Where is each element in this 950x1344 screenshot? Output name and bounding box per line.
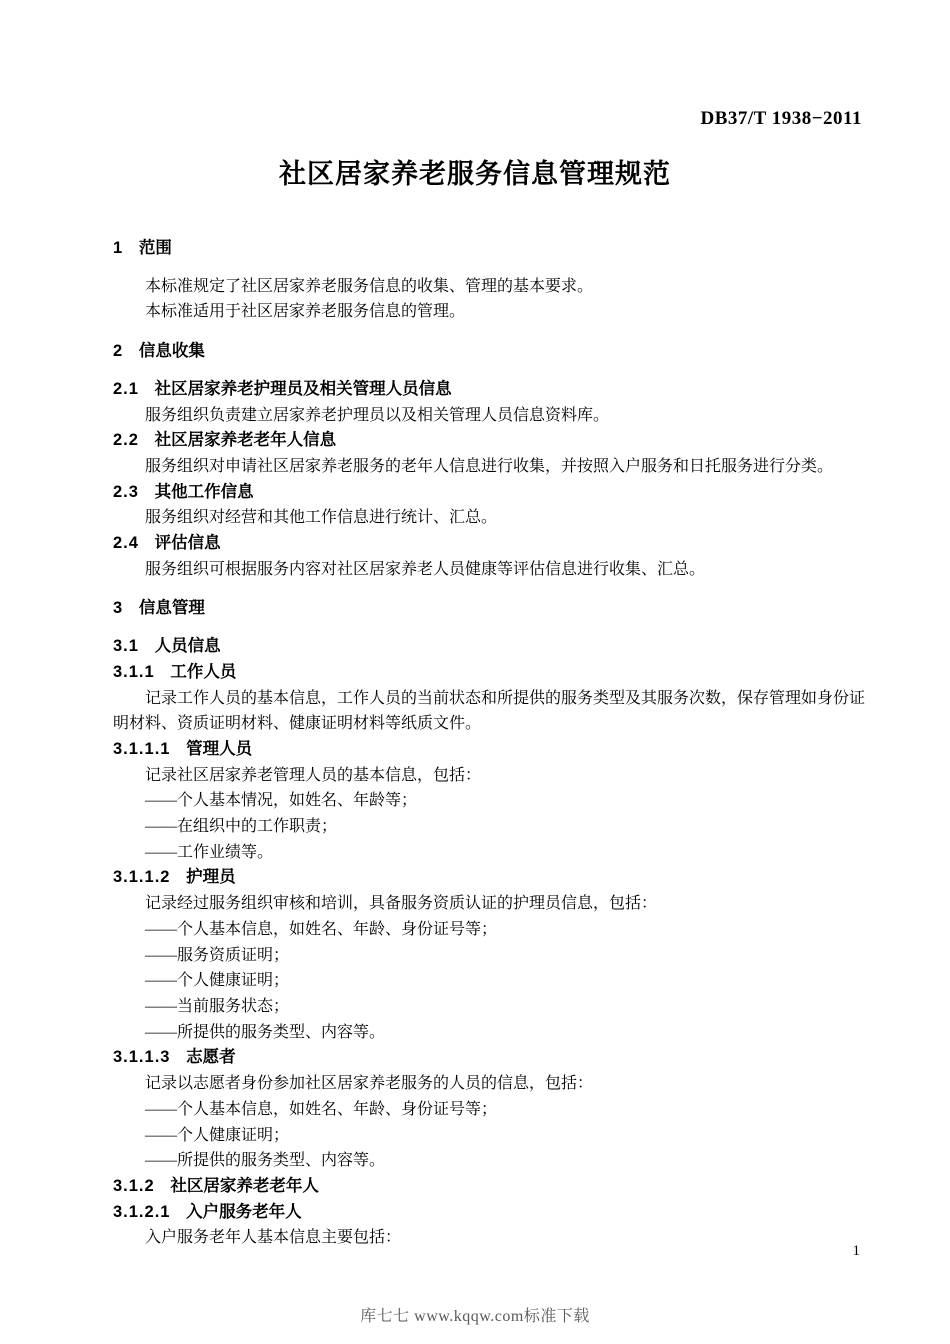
page-number: 1 <box>853 1243 861 1260</box>
section-number: 2.1 <box>113 377 139 403</box>
section-heading-label: 管理人员 <box>186 740 252 758</box>
dash-list-item: ——个人健康证明； <box>113 968 865 994</box>
section-number: 3.1.1.1 <box>113 737 170 763</box>
subsection-heading: 3.1.1工作人员 <box>113 660 865 686</box>
dash-list-item: ——所提供的服务类型、内容等。 <box>113 1020 865 1046</box>
subsection-heading: 3.1.2.1入户服务老年人 <box>113 1200 865 1226</box>
section-heading: 1范围 <box>113 236 865 262</box>
section-number: 3 <box>113 596 123 622</box>
subsection-heading: 2.4评估信息 <box>113 531 865 557</box>
section-number: 2 <box>113 339 123 365</box>
section-heading-label: 入户服务老年人 <box>186 1203 302 1221</box>
document-page: DB37/T 1938−2011 社区居家养老服务信息管理规范 1范围本标准规定… <box>0 0 950 1344</box>
section-number: 3.1.2.1 <box>113 1200 170 1226</box>
section-number: 2.3 <box>113 480 139 506</box>
paragraph: 入户服务老年人基本信息主要包括： <box>113 1225 865 1251</box>
subsection-heading: 3.1.2社区居家养老老年人 <box>113 1174 865 1200</box>
paragraph: 本标准适用于社区居家养老服务信息的管理。 <box>113 299 865 325</box>
section-heading-label: 评估信息 <box>155 534 221 552</box>
section-number: 3.1.1 <box>113 660 155 686</box>
paragraph: 记录经过服务组织审核和培训，具备服务资质认证的护理员信息，包括： <box>113 891 865 917</box>
watermark-footer: 库七七 www.kqqw.com标准下载 <box>0 1303 950 1326</box>
section-heading-label: 人员信息 <box>155 637 221 655</box>
section-number: 3.1.1.3 <box>113 1045 170 1071</box>
dash-list-item: ——工作业绩等。 <box>113 840 865 866</box>
section-number: 3.1.1.2 <box>113 865 170 891</box>
dash-list-item: ——个人基本情况，如姓名、年龄等； <box>113 788 865 814</box>
subsection-heading: 2.3其他工作信息 <box>113 480 865 506</box>
document-title: 社区居家养老服务信息管理规范 <box>0 152 950 191</box>
section-number: 3.1.2 <box>113 1174 155 1200</box>
subsection-heading: 3.1.1.1管理人员 <box>113 737 865 763</box>
section-heading-label: 社区居家养老护理员及相关管理人员信息 <box>155 380 452 398</box>
section-heading: 3信息管理 <box>113 596 865 622</box>
subsection-heading: 2.2社区居家养老老年人信息 <box>113 428 865 454</box>
dash-list-item: ——个人健康证明； <box>113 1123 865 1149</box>
dash-list-item: ——在组织中的工作职责； <box>113 814 865 840</box>
dash-list-item: ——所提供的服务类型、内容等。 <box>113 1148 865 1174</box>
subsection-heading: 3.1.1.3志愿者 <box>113 1045 865 1071</box>
section-number: 2.2 <box>113 428 139 454</box>
standard-code: DB37/T 1938−2011 <box>700 108 862 130</box>
subsection-heading: 2.1社区居家养老护理员及相关管理人员信息 <box>113 377 865 403</box>
section-heading-label: 信息管理 <box>139 599 205 617</box>
section-heading-label: 社区居家养老老年人 <box>170 1177 319 1195</box>
dash-list-item: ——当前服务状态； <box>113 994 865 1020</box>
paragraph: 服务组织对申请社区居家养老服务的老年人信息进行收集，并按照入户服务和日托服务进行… <box>113 454 865 480</box>
paragraph: 记录工作人员的基本信息，工作人员的当前状态和所提供的服务类型及其服务次数，保存管… <box>113 686 865 737</box>
dash-list-item: ——服务资质证明； <box>113 943 865 969</box>
dash-list-item: ——个人基本信息，如姓名、年龄、身份证号等； <box>113 917 865 943</box>
subsection-heading: 3.1.1.2护理员 <box>113 865 865 891</box>
section-heading-label: 其他工作信息 <box>155 483 254 501</box>
paragraph: 记录以志愿者身份参加社区居家养老服务的人员的信息，包括： <box>113 1071 865 1097</box>
section-heading-label: 护理员 <box>186 868 236 886</box>
section-heading-label: 社区居家养老老年人信息 <box>155 431 337 449</box>
section-number: 3.1 <box>113 634 139 660</box>
document-body: 1范围本标准规定了社区居家养老服务信息的收集、管理的基本要求。本标准适用于社区居… <box>113 222 865 1251</box>
section-heading-label: 信息收集 <box>139 342 205 360</box>
paragraph: 记录社区居家养老管理人员的基本信息，包括： <box>113 763 865 789</box>
paragraph: 本标准规定了社区居家养老服务信息的收集、管理的基本要求。 <box>113 274 865 300</box>
section-number: 1 <box>113 236 123 262</box>
paragraph: 服务组织负责建立居家养老护理员以及相关管理人员信息资料库。 <box>113 403 865 429</box>
section-heading-label: 志愿者 <box>186 1048 236 1066</box>
section-number: 2.4 <box>113 531 139 557</box>
dash-list-item: ——个人基本信息，如姓名、年龄、身份证号等； <box>113 1097 865 1123</box>
section-heading-label: 工作人员 <box>170 663 236 681</box>
paragraph: 服务组织可根据服务内容对社区居家养老人员健康等评估信息进行收集、汇总。 <box>113 557 865 583</box>
section-heading-label: 范围 <box>139 239 172 257</box>
paragraph: 服务组织对经营和其他工作信息进行统计、汇总。 <box>113 505 865 531</box>
subsection-heading: 3.1人员信息 <box>113 634 865 660</box>
section-heading: 2信息收集 <box>113 339 865 365</box>
